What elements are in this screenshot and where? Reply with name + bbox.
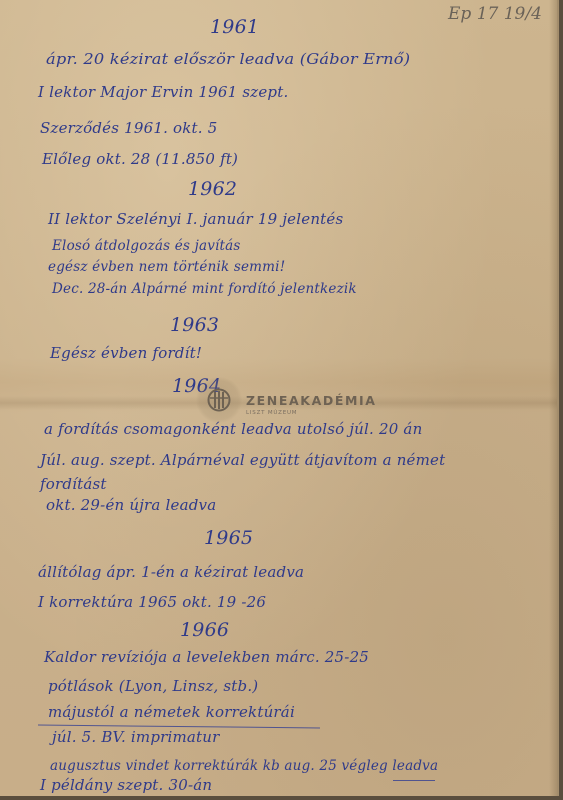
year-heading-1962: 1962: [188, 178, 237, 200]
manuscript-page: Ep 17 19/4 1961 ápr. 20 kézirat először …: [0, 0, 559, 796]
stamp-title: ZENEAKADÉMIA: [246, 393, 377, 408]
year-heading-1966: 1966: [180, 619, 229, 641]
archive-reference: Ep 17 19/4: [448, 4, 542, 24]
entry-line: okt. 29-én újra leadva: [46, 496, 216, 514]
entry-line: egész évben nem történik semmi!: [48, 259, 285, 275]
underline-vegleg: [393, 780, 435, 781]
entry-line: Kaldor revíziója a levelekben márc. 25-2…: [44, 648, 369, 666]
entry-line: Dec. 28-án Alpárné mint fordító jelentke…: [52, 281, 357, 297]
entry-line: Elosó átdolgozás és javítás: [52, 238, 241, 254]
entry-line: Szerződés 1961. okt. 5: [40, 119, 217, 137]
year-heading-1961: 1961: [210, 16, 259, 38]
entry-line: Egész évben fordít!: [50, 344, 202, 362]
entry-line: I lektor Major Ervin 1961 szept.: [38, 83, 288, 101]
entry-line: Júl. aug. szept. Alpárnéval együtt átjav…: [40, 451, 445, 469]
entry-line: fordítást: [40, 475, 107, 493]
organ-pipes-seal-icon: [196, 377, 242, 423]
entry-line: júl. 5. BV. imprimatur: [52, 728, 220, 746]
year-heading-1963: 1963: [170, 314, 219, 336]
entry-line: pótlások (Lyon, Linsz, stb.): [48, 677, 258, 695]
entry-line: Előleg okt. 28 (11.850 ft): [42, 150, 238, 168]
entry-line: I példány szept. 30-án: [40, 776, 212, 794]
year-heading-1965: 1965: [204, 527, 253, 549]
paper-edge-shadow: [549, 0, 557, 796]
entry-line: augusztus vindet korrektúrák kb aug. 25 …: [50, 758, 438, 774]
entry-line: II lektor Szelényi I. január 19 jelentés: [48, 210, 343, 228]
entry-line: állítólag ápr. 1-én a kézirat leadva: [38, 563, 304, 581]
entry-line: ápr. 20 kézirat először leadva (Gábor Er…: [46, 50, 410, 68]
entry-line: a fordítás csomagonként leadva utolsó jú…: [44, 420, 422, 438]
entry-line: I korrektúra 1965 okt. 19 -26: [38, 593, 266, 611]
stamp-subtitle: LISZT MÚZEUM: [246, 410, 297, 416]
entry-line: májustól a németek korrektúrái: [48, 703, 295, 721]
